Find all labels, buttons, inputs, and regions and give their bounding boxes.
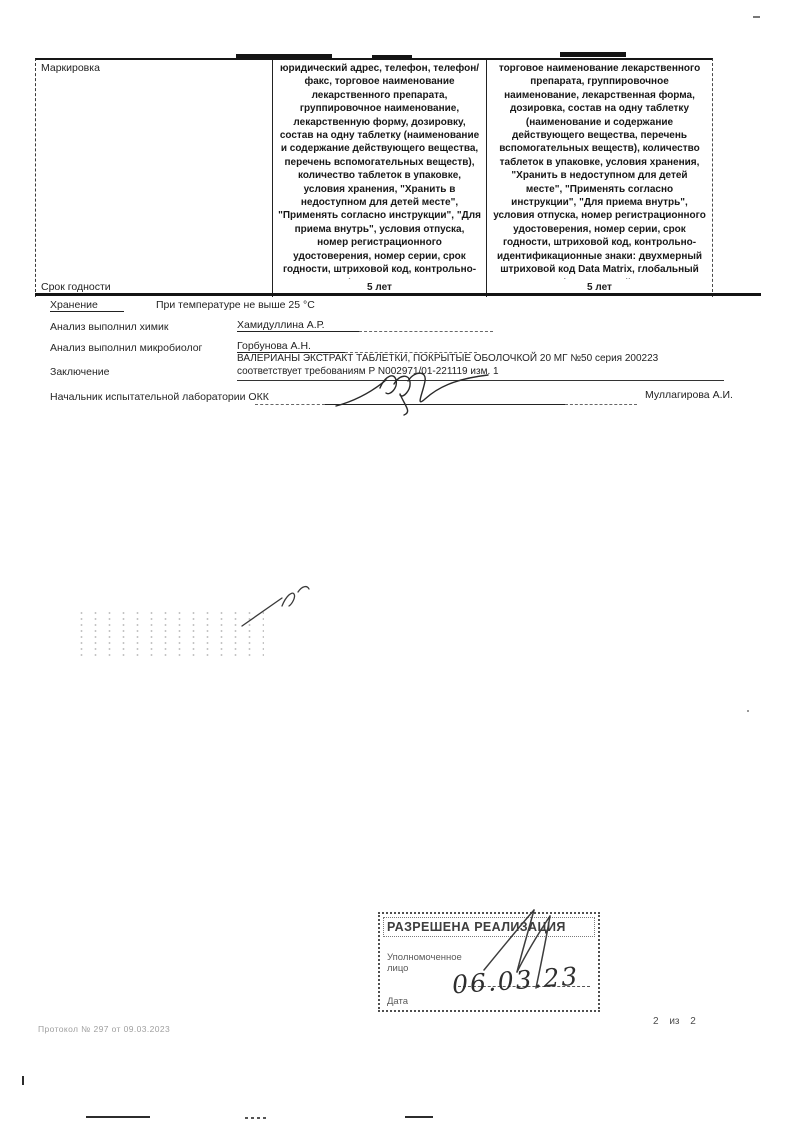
document-page: Маркировка юридический адрес, телефон, т…: [0, 0, 794, 1122]
scan-artifact: [560, 52, 626, 57]
protocol-footer: Протокол № 297 от 09.03.2023: [38, 1024, 170, 1034]
scan-artifact: [245, 1117, 267, 1119]
microbiologist-fill-line: [345, 339, 477, 353]
marking-table: Маркировка юридический адрес, телефон, т…: [35, 58, 713, 297]
page-number: 2 из 2: [653, 1016, 696, 1027]
chemist-label: Анализ выполнил химик: [50, 321, 168, 333]
scan-artifact: [753, 16, 760, 18]
scan-artifact: [747, 710, 749, 712]
authorized-person-label: Уполномоченное лицо: [387, 952, 459, 974]
storage-label: Хранение: [50, 299, 124, 312]
lab-head-signature: [330, 366, 500, 416]
faint-stamp: [78, 610, 264, 660]
conclusion-label: Заключение: [50, 366, 109, 378]
lab-head-line-dash: [255, 403, 325, 405]
date-label: Дата: [387, 996, 408, 1007]
chemist-value: Хамидуллина А.Р.: [237, 319, 359, 332]
lab-head-label: Начальник испытательной лаборатории ОКК: [50, 391, 269, 403]
scan-artifact: [405, 1116, 433, 1118]
microbiologist-label: Анализ выполнил микробиолог: [50, 342, 202, 354]
marking-col2-text: юридический адрес, телефон, телефон/факс…: [272, 60, 486, 279]
paraph-signature: [238, 582, 314, 632]
scan-artifact: [22, 1076, 24, 1085]
marking-col3-text: торговое наименование лекарственного пре…: [486, 60, 712, 279]
lab-head-line-dash2: [565, 403, 637, 405]
chemist-fill-line: [359, 318, 493, 332]
storage-value: При температуре не выше 25 °С: [156, 299, 315, 311]
stamp-signature: [462, 904, 582, 992]
table-bottom-rule: [35, 293, 761, 296]
lab-head-value: Муллагирова А.И.: [645, 389, 733, 401]
conclusion-line1: ВАЛЕРИАНЫ ЭКСТРАКТ ТАБЛЕТКИ, ПОКРЫТЫЕ ОБ…: [237, 352, 724, 365]
release-stamp: РАЗРЕШЕНА РЕАЛИЗАЦИЯ Уполномоченное лицо…: [378, 912, 600, 1012]
scan-artifact: [86, 1116, 150, 1118]
marking-row-label: Маркировка: [36, 60, 272, 279]
